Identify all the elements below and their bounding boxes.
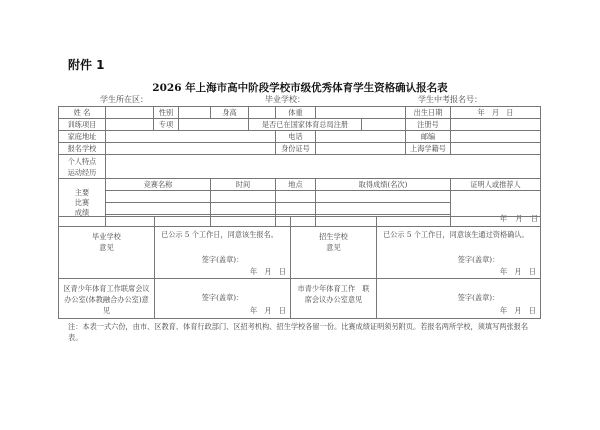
district-office-opinion-box[interactable]: 签字(盖章)： 年 月 日 (155, 279, 291, 319)
name-label: 姓 名 (59, 107, 106, 119)
id-no-field[interactable] (316, 143, 406, 155)
name-field[interactable] (106, 107, 154, 119)
row-address: 家庭地址 电话 邮编 (59, 131, 541, 143)
postcode-label: 邮编 (406, 131, 451, 143)
row-profile: 个人特点 运动经历 (59, 155, 541, 179)
reg-no-field[interactable] (451, 119, 541, 131)
side-label-2: 比赛 (61, 198, 103, 208)
row-school-opinions: 毕业学校 意见 已公示 5 个工作日，同意该生报名。 签字(盖章)： 年 月 日… (59, 217, 541, 279)
header-competition-name: 竞赛名称 (106, 179, 211, 191)
birth-date-label: 出生日期 (406, 107, 451, 119)
grad-school-date: 年 月 日 (250, 267, 286, 277)
admit-school-opinion-text: 已公示 5 个工作日，同意该生通过资格确认。 (377, 217, 540, 240)
competition-time-cell[interactable] (211, 203, 276, 215)
height-label: 身高 (211, 107, 249, 119)
competition-location-cell[interactable] (276, 203, 316, 215)
grad-school-label-line2: 意见 (59, 242, 154, 253)
header-witness: 证明人或推荐人 (451, 179, 541, 191)
side-label-1: 主要 (61, 188, 103, 198)
competition-name-cell[interactable] (106, 203, 211, 215)
id-no-label: 身份证号 (276, 143, 316, 155)
city-office-date: 年 月 日 (500, 306, 536, 316)
row-competition-header: 主要 比赛 成绩 竞赛名称 时间 地点 取得成绩(名次) 证明人或推荐人 (59, 179, 541, 191)
city-office-opinion-box[interactable]: 签字(盖章)： 年 月 日 (377, 279, 541, 319)
grad-school-opinion-box[interactable]: 已公示 5 个工作日，同意该生报名。 签字(盖章)： 年 月 日 (155, 217, 291, 279)
header-time: 时间 (211, 179, 276, 191)
birth-date-field[interactable]: 年 月 日 (451, 107, 541, 119)
admit-school-label-line2: 意见 (291, 242, 376, 253)
opinions-table: 毕业学校 意见 已公示 5 个工作日，同意该生报名。 签字(盖章)： 年 月 日… (58, 216, 541, 319)
reg-no-label: 注册号 (406, 119, 451, 131)
grad-school-signature: 签字(盖章)： (155, 255, 290, 265)
admit-school-label-line1: 招生学校 (291, 231, 376, 242)
applying-school-field[interactable] (106, 143, 276, 155)
registration-form-table: 姓 名 性别 身高 体重 出生日期 年 月 日 训练项目 专项 是否已在国家体育… (58, 106, 541, 227)
sh-student-no-field[interactable] (451, 143, 541, 155)
district-office-signature: 签字(盖章)： (155, 293, 290, 303)
weight-field[interactable] (316, 107, 406, 119)
grad-school-opinion-text: 已公示 5 个工作日，同意该生报名。 (155, 217, 290, 240)
grad-school-opinion-label: 毕业学校 意见 (59, 217, 155, 279)
admit-school-opinion-box[interactable]: 已公示 5 个工作日，同意该生通过资格确认。 签字(盖章)： 年 月 日 (377, 217, 541, 279)
phone-label: 电话 (276, 131, 316, 143)
city-office-label: 市青少年体育工作 联席会议办公室意见 (291, 279, 377, 319)
competition-result-cell[interactable] (316, 203, 451, 215)
specialty-label: 专项 (154, 119, 179, 131)
admit-school-signature: 签字(盖章)： (417, 255, 540, 265)
form-title: 2026 年上海市高中阶段学校市级优秀体育学生资格确认报名表 (0, 80, 600, 95)
district-office-label: 区青少年体育工作联席会议办公室(体教融合办公室)意见 (59, 279, 155, 319)
exam-no-label: 学生中考报名号： (418, 94, 482, 105)
competition-location-cell[interactable] (276, 191, 316, 203)
height-field[interactable] (249, 107, 276, 119)
admit-school-date: 年 月 日 (500, 267, 536, 277)
competition-result-cell[interactable] (316, 191, 451, 203)
registered-field[interactable] (362, 119, 406, 131)
profile-field[interactable] (106, 155, 541, 179)
profile-label: 个人特点 运动经历 (59, 155, 106, 179)
gender-field[interactable] (179, 107, 211, 119)
postcode-field[interactable] (451, 131, 541, 143)
address-label: 家庭地址 (59, 131, 106, 143)
city-office-signature: 签字(盖章)： (417, 293, 540, 303)
row-office-opinions: 区青少年体育工作联席会议办公室(体教融合办公室)意见 签字(盖章)： 年 月 日… (59, 279, 541, 319)
address-field[interactable] (106, 131, 276, 143)
competition-row: 年 月 日 (59, 191, 541, 203)
phone-field[interactable] (316, 131, 406, 143)
row-training: 训练项目 专项 是否已在国家体育总局注册 注册号 (59, 119, 541, 131)
registered-label: 是否已在国家体育总局注册 (249, 119, 362, 131)
grad-school-label: 毕业学校： (265, 94, 305, 105)
grad-school-label-line1: 毕业学校 (59, 231, 154, 242)
sh-student-no-label: 上海学籍号 (406, 143, 451, 155)
applying-school-label: 报名学校 (59, 143, 106, 155)
training-item-field[interactable] (106, 119, 154, 131)
profile-label-line1: 个人特点 (61, 156, 103, 167)
training-item-label: 训练项目 (59, 119, 106, 131)
header-location: 地点 (276, 179, 316, 191)
weight-label: 体重 (276, 107, 316, 119)
district-office-date: 年 月 日 (250, 306, 286, 316)
row-school: 报名学校 身份证号 上海学籍号 (59, 143, 541, 155)
row-basic-info: 姓 名 性别 身高 体重 出生日期 年 月 日 (59, 107, 541, 119)
specialty-field[interactable] (179, 119, 249, 131)
competition-name-cell[interactable] (106, 191, 211, 203)
header-result: 取得成绩(名次) (316, 179, 451, 191)
admit-school-opinion-label: 招生学校 意见 (291, 217, 377, 279)
attachment-label: 附件 1 (68, 56, 105, 73)
profile-label-line2: 运动经历 (61, 167, 103, 178)
footnote: 注：本表一式六份，由市、区教育、体育行政部门、区招考机构、招生学校各留一份。比赛… (68, 321, 538, 343)
district-label: 学生所在区： (100, 94, 148, 105)
gender-label: 性别 (154, 107, 179, 119)
competition-time-cell[interactable] (211, 191, 276, 203)
